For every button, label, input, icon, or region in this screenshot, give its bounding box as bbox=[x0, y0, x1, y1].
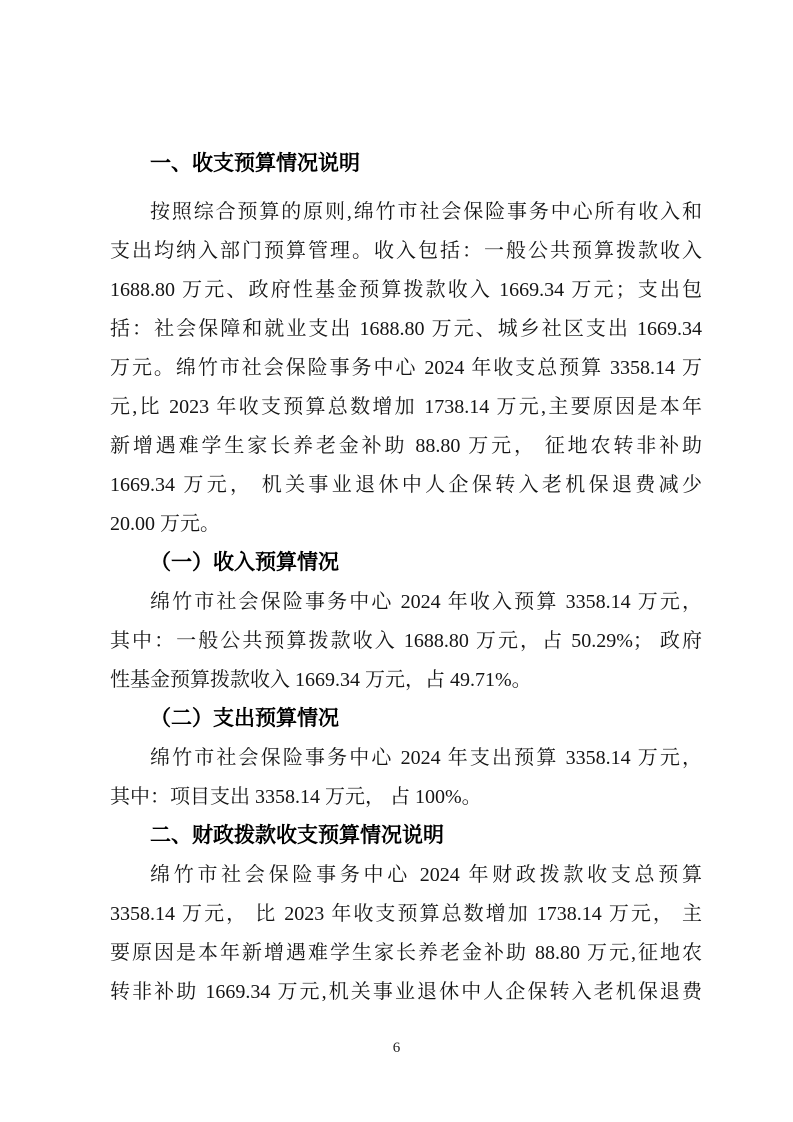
text-line: 其中：项目支出 3358.14 万元， 占 100%。 bbox=[110, 784, 702, 818]
text-line: 其中：一般公共预算拨款收入 1688.80 万元，占 50.29%； 政府 bbox=[110, 628, 702, 662]
text-line: 要原因是本年新增遇难学生家长养老金补助 88.80 万元,征地农 bbox=[110, 940, 702, 974]
heading-fiscal-appropriation: 二、财政拨款收支预算情况说明 bbox=[150, 822, 702, 849]
text-line: 元,比 2023 年收支预算总数增加 1738.14 万元,主要原因是本年 bbox=[110, 394, 702, 428]
text-line: 新增遇难学生家长养老金补助 88.80 万元， 征地农转非补助 bbox=[110, 433, 702, 467]
heading-budget-overview: 一、收支预算情况说明 bbox=[150, 150, 702, 177]
text-line: 万元。绵竹市社会保险事务中心 2024 年收支总预算 3358.14 万 bbox=[110, 355, 702, 389]
text-line: 按照综合预算的原则,绵竹市社会保险事务中心所有收入和 bbox=[110, 199, 702, 233]
text-line: 3358.14 万元， 比 2023 年收支预算总数增加 1738.14 万元，… bbox=[110, 901, 702, 935]
text-line: 20.00 万元。 bbox=[110, 511, 702, 545]
text-line: 1669.34 万元， 机关事业退休中人企保转入老机保退费减少 bbox=[110, 472, 702, 506]
text-line: 转非补助 1669.34 万元,机关事业退休中人企保转入老机保退费 bbox=[110, 979, 702, 1013]
text-line: 1688.80 万元、政府性基金预算拨款收入 1669.34 万元；支出包 bbox=[110, 277, 702, 311]
page-number: 6 bbox=[0, 1040, 793, 1057]
heading-income-budget: （一）收入预算情况 bbox=[150, 549, 702, 576]
heading-expenditure-budget: （二）支出预算情况 bbox=[150, 705, 702, 732]
text-line: 括：社会保障和就业支出 1688.80 万元、城乡社区支出 1669.34 bbox=[110, 316, 702, 350]
text-line: 绵竹市社会保险事务中心 2024 年收入预算 3358.14 万元， bbox=[110, 589, 702, 623]
text-line: 性基金预算拨款收入 1669.34 万元，占 49.71%。 bbox=[110, 667, 702, 701]
text-line: 支出均纳入部门预算管理。收入包括：一般公共预算拨款收入 bbox=[110, 238, 702, 272]
text-line: 绵竹市社会保险事务中心 2024 年支出预算 3358.14 万元， bbox=[110, 745, 702, 779]
document-page: 一、收支预算情况说明 按照综合预算的原则,绵竹市社会保险事务中心所有收入和 支出… bbox=[0, 0, 793, 1122]
text-line: 绵竹市社会保险事务中心 2024 年财政拨款收支总预算 bbox=[110, 862, 702, 896]
